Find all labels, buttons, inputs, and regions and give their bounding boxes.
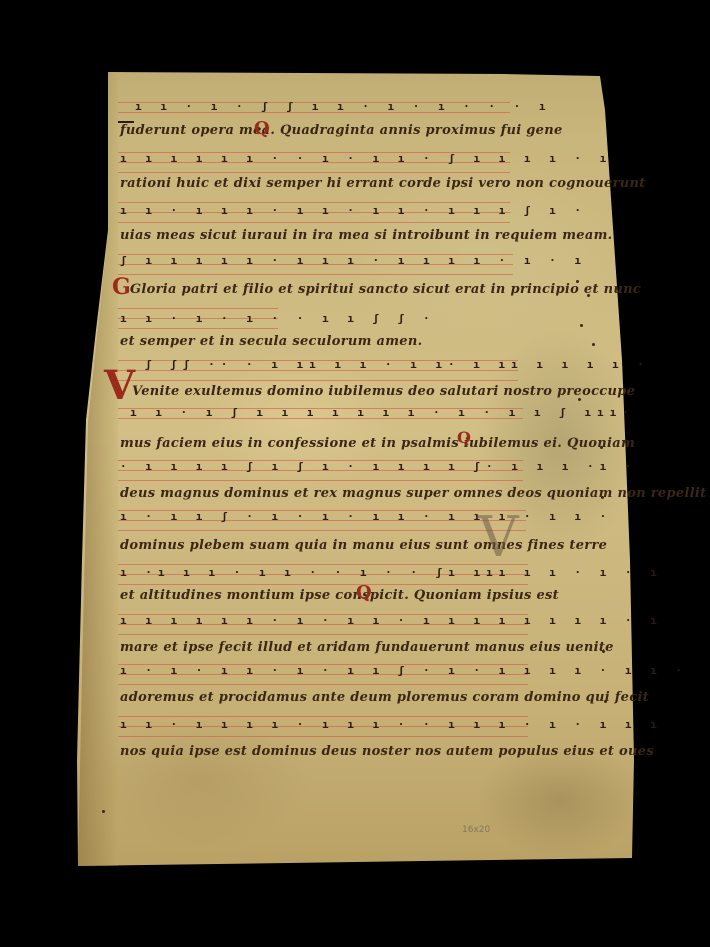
red-initial-g: G	[112, 274, 131, 300]
chant-text-line: adoremus et procidamus ante deum ploremu…	[120, 690, 649, 705]
neume-row: ı ı · ı ı ı ı · ı ı ı · · ı ı ı · ı · ı …	[120, 718, 663, 731]
neume-row: ʃ ı ı ı ı ı · ı ı ı · ı ı ı ı · ı · ı	[120, 254, 587, 267]
red-initial-q: Q	[254, 118, 270, 139]
neume-row: ı ı ı ı ı ı · ı · ı ı · ı ı ı ı ı ı ı ı …	[120, 614, 663, 627]
chant-text-line: mare et ipse fecit illud et aridam funda…	[120, 640, 614, 655]
neume-row: ʃ ʃʃ ·· · ı ıı ı ı · ı ı· ı ıı ı ı ı ı ·	[145, 358, 650, 371]
faded-margin-letter: V	[478, 505, 518, 570]
neume-row: ı ı · ı ʃ ı ı ı ı ı ı ı · ı · ı ı ʃ ııı·	[130, 406, 635, 419]
chant-text-line: Venite exultemus domino iubilemus deo sa…	[132, 384, 635, 399]
manuscript-photo: ı ı · ı · ʃ ʃ ı ı · ı · ı · · · ı ı ı ı …	[0, 0, 710, 947]
chant-text-line: mus faciem eius in confessione et in psa…	[120, 436, 635, 451]
red-initial-v: V	[104, 362, 135, 409]
chant-text-line: deus magnus dominus et rex magnus super …	[120, 486, 706, 501]
red-initial-q: Q	[356, 582, 372, 603]
neume-row: ı ·ı ı ı · ı ı · · ı · · ʃı ııı ı ı · ı …	[120, 566, 663, 579]
chant-text-line: fuderunt opera mea. Quadraginta annis pr…	[120, 123, 563, 138]
neume-row: ı ı · ı · ı · · ı ı ʃ ʃ ·	[120, 312, 436, 325]
neume-row: · ı ı ı ı ʃ ı ʃ ı · ı ı ı ı ʃ· ı ı ı ·ı …	[120, 460, 638, 473]
neume-row: ı ı ı ı ı ı · · ı · ı ı · ʃ ı ı ı ı · ı	[120, 152, 612, 165]
chant-text-line: Gloria patri et filio et spiritui sancto…	[130, 282, 641, 297]
chant-text-line: et semper et in secula seculorum amen.	[120, 334, 422, 349]
chant-text-line: dominus plebem suam quia in manu eius su…	[120, 538, 607, 553]
pencil-annotation: 16x20	[462, 825, 490, 835]
chant-text-line: uias meas sicut iuraui in ira mea si int…	[120, 228, 612, 243]
neume-row: ı ı · ı ı ı · ı ı · ı ı · ı ı ı ʃ ı ·	[120, 204, 587, 217]
chant-text-line: rationi huic et dixi semper hi errant co…	[120, 176, 646, 191]
neume-row: ı ı · ı · ʃ ʃ ı ı · ı · ı · · · ı	[135, 100, 552, 113]
neume-row: ı · ı · ı ı · ı · ı ı ʃ · ı · ı ı ı ı · …	[120, 664, 688, 677]
chant-text-line: nos quia ipse est dominus deus noster no…	[120, 744, 654, 759]
chant-text-line: et altitudines montium ipse conspicit. Q…	[120, 588, 559, 603]
neume-row: ı · ı ı ʃ · ı · ı · ı ı · ı ı ı · ı ı ·	[120, 510, 612, 523]
binding-edge	[78, 72, 118, 866]
red-initial-q: Q	[457, 428, 471, 447]
